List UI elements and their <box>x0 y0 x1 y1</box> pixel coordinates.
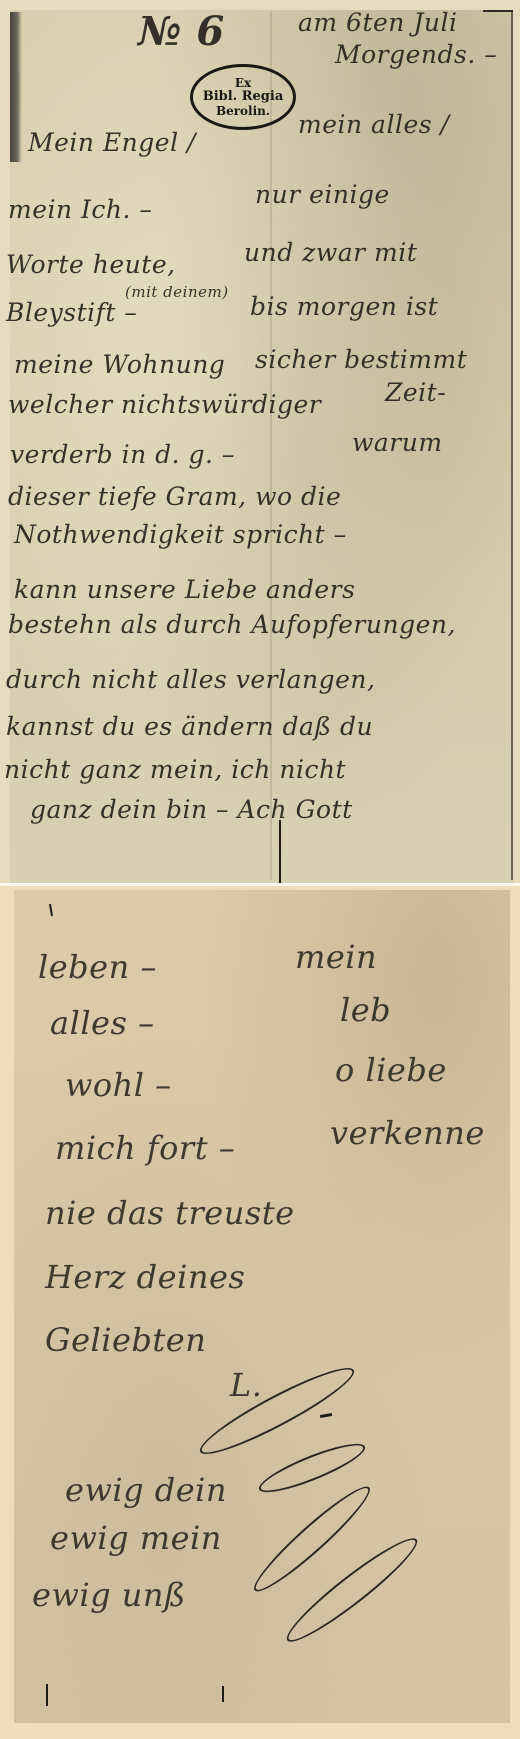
handwriting-line: ganz dein bin – Ach Gott <box>30 795 353 824</box>
handwriting-line: ewig dein <box>65 1471 227 1509</box>
ink-mark <box>222 1686 224 1702</box>
handwriting-line: mein alles / <box>298 110 449 139</box>
paper-edge-line <box>511 10 513 880</box>
library-stamp: Ex Bibl. Regia Berolin. <box>190 64 296 130</box>
stamp-line: Bibl. Regia <box>203 90 284 104</box>
signature-initial: L. <box>230 1366 262 1404</box>
handwriting-line: nie das treuste <box>45 1194 295 1232</box>
handwriting-line: verkenne <box>330 1114 485 1152</box>
stamp-line: Ex <box>235 76 251 90</box>
handwriting-line: nicht ganz mein, ich nicht <box>4 755 346 784</box>
handwriting-line: leben – <box>38 948 157 986</box>
handwriting-line: o liebe <box>335 1051 447 1089</box>
handwriting-line: meine Wohnung <box>14 350 225 379</box>
handwriting-line: Geliebten <box>45 1321 206 1359</box>
handwriting-insertion: (mit deinem) <box>125 283 229 301</box>
stamp-line: Berolin. <box>216 104 270 118</box>
handwriting-line: und zwar mit <box>244 238 417 267</box>
handwriting-line: mein Ich. – <box>8 195 152 224</box>
handwriting-line: welcher nichtswürdiger <box>8 390 321 419</box>
letter-number: № 6 <box>138 8 225 55</box>
handwriting-line: leb <box>340 991 391 1029</box>
handwriting-line: Herz deines <box>45 1258 245 1296</box>
paper-corner-rule <box>483 10 513 12</box>
paper-edge-shadow <box>10 12 22 162</box>
handwriting-line: dieser tiefe Gram, wo die <box>8 482 341 511</box>
ink-stroke <box>279 820 281 883</box>
handwriting-line: kannst du es ändern daß du <box>6 712 373 741</box>
handwriting-line: ewig mein <box>50 1519 222 1557</box>
manuscript-page-2: leben – mein alles – leb wohl – o liebe … <box>0 886 520 1739</box>
handwriting-line: Zeit- <box>385 378 446 407</box>
handwriting-line: mein <box>295 938 377 976</box>
date-line: am 6ten Juli <box>298 8 457 37</box>
handwriting-line: verderb in d. g. – <box>10 440 235 469</box>
handwriting-line: bestehn als durch Aufopferungen, <box>8 610 456 639</box>
handwriting-line: durch nicht alles verlangen, <box>6 665 375 694</box>
handwriting-line: Mein Engel / <box>28 128 196 157</box>
handwriting-line: bis morgen ist <box>250 292 438 321</box>
handwriting-line: Nothwendigkeit spricht – <box>14 520 347 549</box>
date-line-morning: Morgends. – <box>335 40 497 69</box>
handwriting-line: alles – <box>50 1004 155 1042</box>
handwriting-line: sicher bestimmt <box>255 345 467 374</box>
handwriting-line: nur einige <box>255 180 390 209</box>
manuscript-page-1: № 6 am 6ten Juli Morgends. – Ex Bibl. Re… <box>0 0 520 883</box>
paper-fold <box>270 12 272 880</box>
handwriting-line: kann unsere Liebe anders <box>14 575 355 604</box>
ink-mark <box>46 1684 48 1706</box>
handwriting-line: Bleystift – <box>6 298 137 327</box>
handwriting-line: ewig unß <box>32 1576 186 1614</box>
handwriting-line: mich fort – <box>55 1129 235 1167</box>
handwriting-line: warum <box>352 428 443 457</box>
handwriting-line: Worte heute, <box>6 250 176 279</box>
handwriting-line: wohl – <box>65 1066 172 1104</box>
